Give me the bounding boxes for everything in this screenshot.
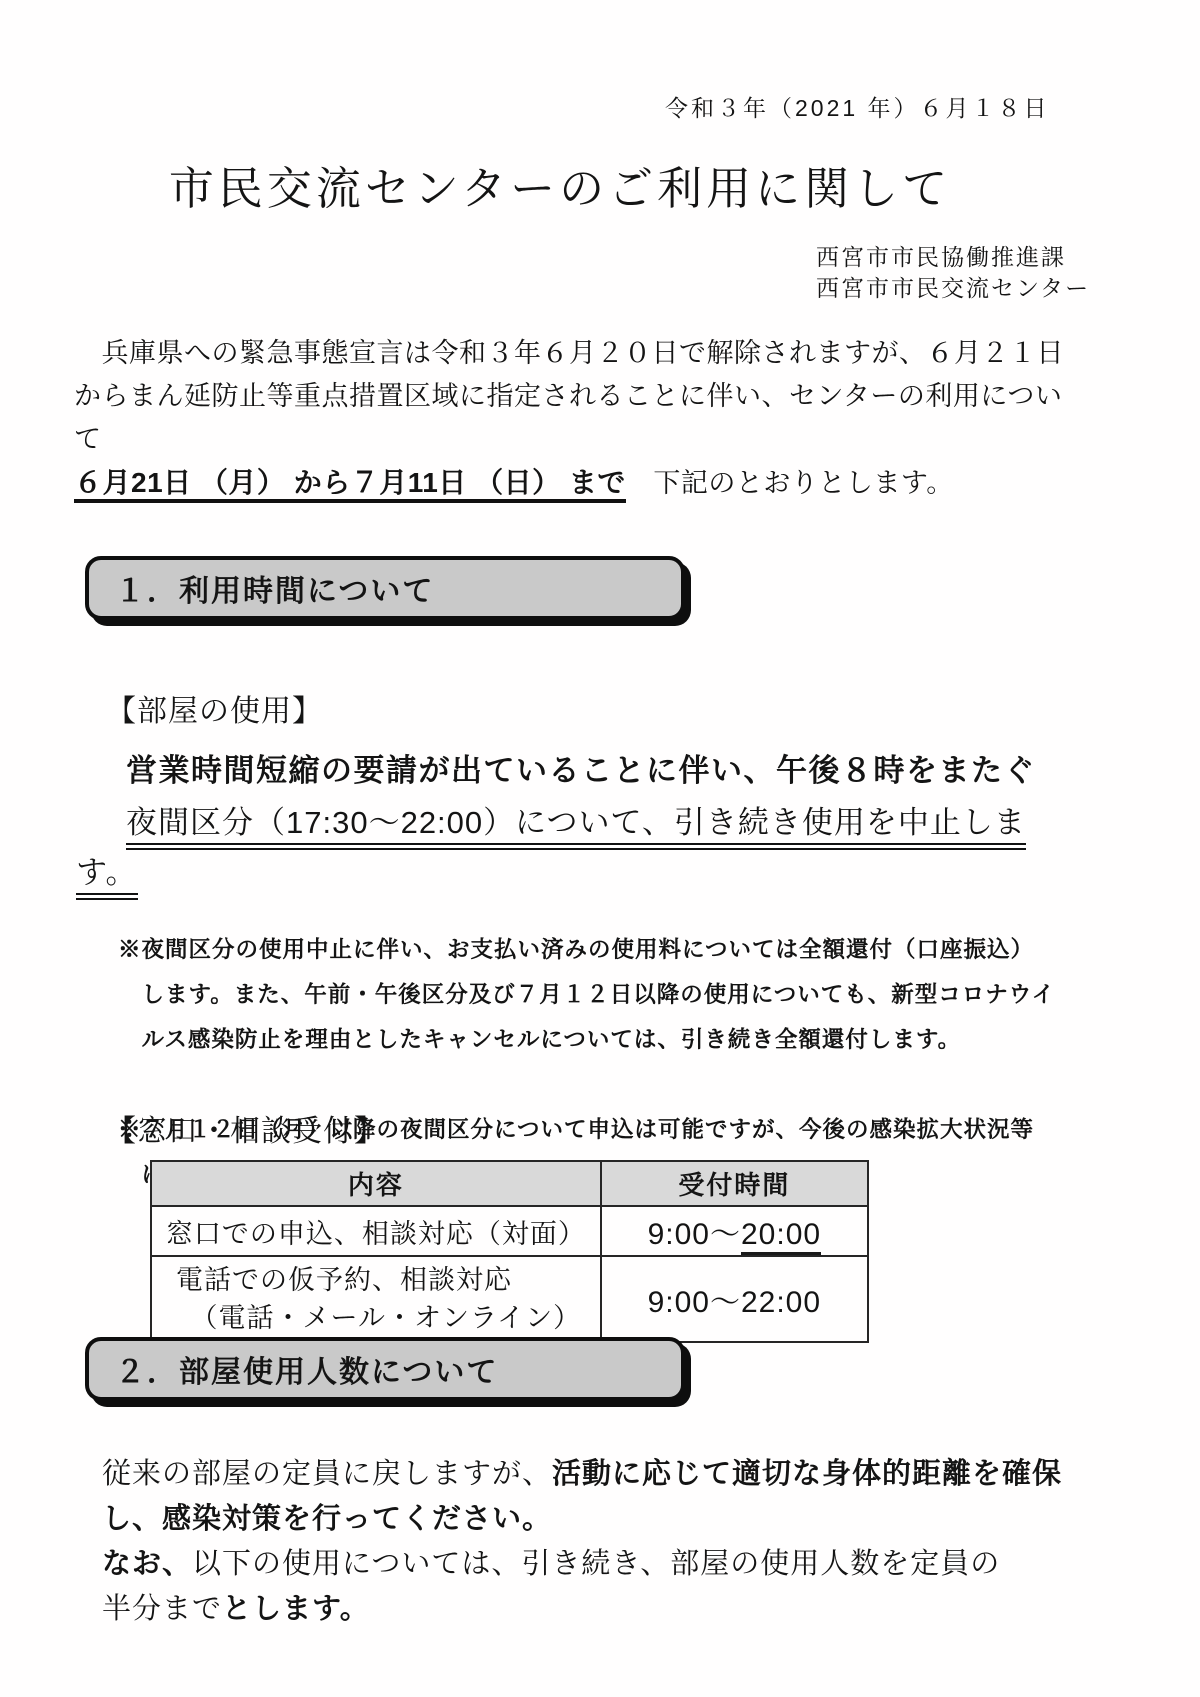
capacity-text-bold-3: とします。 [222, 1593, 370, 1625]
col-header-content: 内容 [151, 1161, 601, 1206]
section1-heading-label: １．利用時間について [115, 566, 434, 610]
section1-heading-box: １．利用時間について [85, 556, 685, 620]
night-slot-suspend-line: 夜間区分（17:30～22:00）について、引き続き使用を中止しま [126, 797, 1026, 842]
table-row-phone: 電話での仮予約、相談対応 （電話・メール・オンライン） 9:00～22:00 [151, 1256, 868, 1342]
counter-hours-start: 9:00～ [648, 1218, 741, 1251]
capacity-text-bold-2: なお、 [102, 1548, 192, 1580]
document-date: 令和３年（2021 年）６月１８日 [665, 90, 1050, 123]
room-use-label: 【部屋の使用】 [106, 686, 323, 730]
counter-hours-end-underlined: 20:00 [741, 1218, 821, 1255]
reception-hours-table: 内容 受付時間 窓口での申込、相談対応（対面） 9:00～20:00 電話での仮… [150, 1160, 869, 1343]
capacity-text-normal-1: 従来の部屋の定員に戻しますが、 [102, 1458, 552, 1490]
intro-paragraph: 兵庫県への緊急事態宣言は令和３年６月２０日で解除されますが、６月２１日 からまん… [74, 332, 1064, 505]
page-title: 市民交流センターのご利用に関して [0, 152, 1120, 217]
phone-hours-cell: 9:00～22:00 [601, 1256, 868, 1342]
restriction-period: ６月21日 （月） から７月11日 （日） まで [74, 467, 626, 503]
counter-hours-cell: 9:00～20:00 [601, 1206, 868, 1256]
shortened-hours-emphasis-line: 営業時間短縮の要請が出ていることに伴い、午後８時をまたぐ [126, 745, 1036, 790]
table-row-counter: 窓口での申込、相談対応（対面） 9:00～20:00 [151, 1206, 868, 1256]
intro-lead-text: 兵庫県への緊急事態宣言は令和３年６月２０日で解除されますが、６月２１日 からまん… [74, 338, 1064, 454]
col-header-time: 受付時間 [601, 1161, 868, 1206]
phone-service-cell: 電話での仮予約、相談対応 （電話・メール・オンライン） [151, 1256, 601, 1342]
night-slot-suspend-text: 夜間区分（17:30～22:00）について、引き続き使用を中止しま [126, 805, 1026, 850]
section2-heading-box: ２．部屋使用人数について [85, 1337, 685, 1401]
author-org-line2: 西宮市市民交流センター [816, 273, 1090, 304]
author-org-block: 西宮市市民協働推進課 西宮市市民交流センター [816, 242, 1090, 304]
intro-tail-text: 下記のとおりとします。 [626, 468, 954, 498]
section2-heading-label: ２．部屋使用人数について [115, 1347, 498, 1391]
counter-service-cell: 窓口での申込、相談対応（対面） [151, 1206, 601, 1256]
reception-label: 【窓口・相談受付】 [106, 1106, 385, 1150]
capacity-paragraph: 従来の部屋の定員に戻しますが、活動に応じて適切な身体的距離を確保 し、感染対策を… [102, 1452, 1112, 1632]
table-header-row: 内容 受付時間 [151, 1161, 868, 1206]
author-org-line1: 西宮市市民協働推進課 [816, 242, 1090, 273]
note-refund: ※夜間区分の使用中止に伴い、お支払い済みの使用料については全額還付（口座振込） … [118, 927, 1058, 1062]
document-page: 令和３年（2021 年）６月１８日 市民交流センターのご利用に関して 西宮市市民… [0, 0, 1200, 1697]
